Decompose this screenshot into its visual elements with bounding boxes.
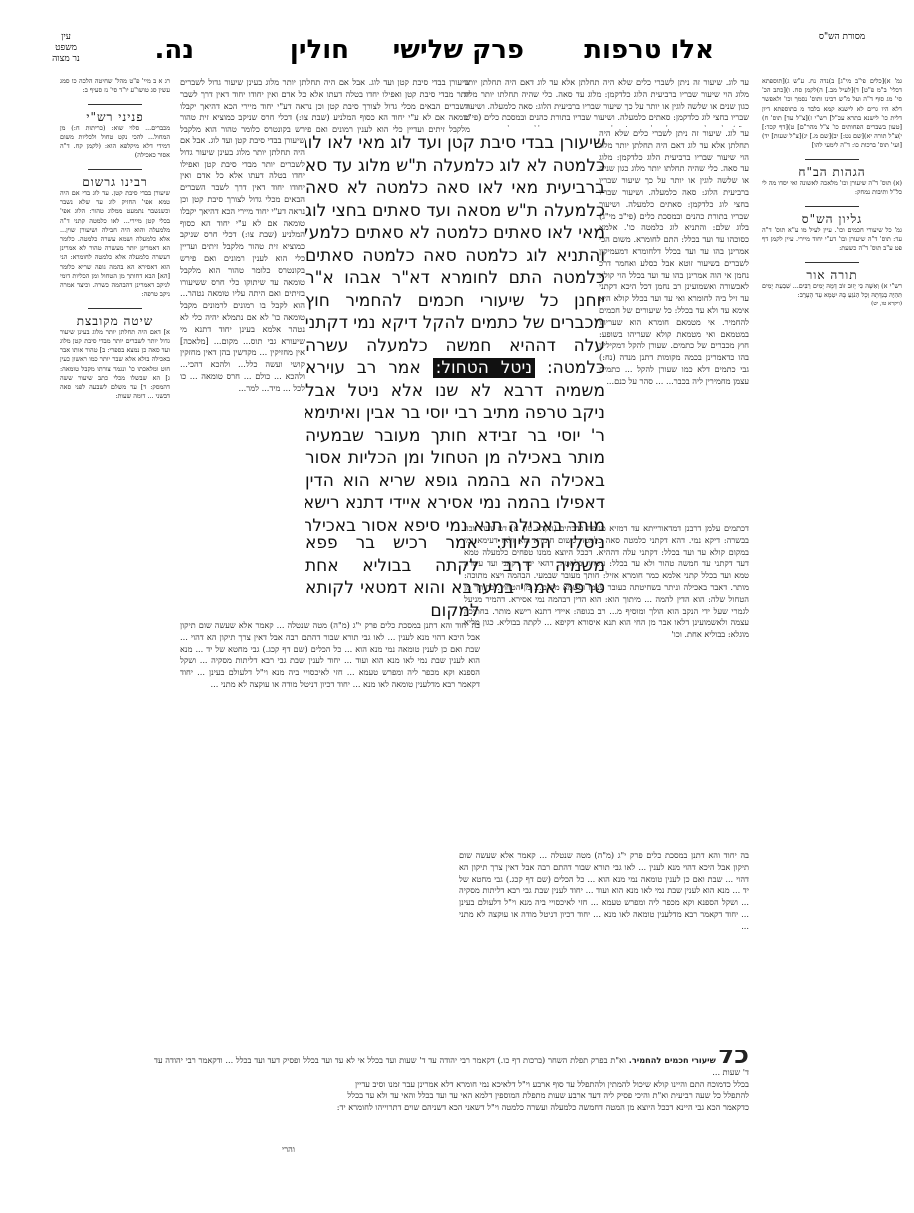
gemara-line-mishnah: כלמטה: ניטל הטחול: אמר רב עוירא — [305, 357, 605, 380]
shita-mekubetzet-text: א] דאם היה תחלתן יותר מלוג בעינן שיעור ג… — [60, 328, 170, 402]
rashi-text-top: עד לוג. שיעור זה ניתן לשברי כלים שלא היה… — [464, 77, 749, 127]
tosafot-column: שיעורן בבדי סיבת קטן ועד לוג. אבל אם היה… — [180, 135, 305, 565]
folio-number: נה. — [154, 32, 194, 68]
gemara-line: דאפילו בהמה נמי אסירא איידי דתנא רישא — [305, 492, 605, 515]
gemara-line: ברביעית מאי לאו סאה כלמטה לא סאה — [305, 177, 605, 200]
chapter-name: אלו טרפות — [584, 32, 714, 68]
gemara-line: מכברים של כתמים להקל דיקא נמי דקתני — [305, 312, 605, 335]
ein-mishpat-label: עין משפט נר מצוה — [50, 32, 82, 68]
gemara-text: שיעורן בבדי סיבת קטן ועד לוג מאי לאו לוג… — [305, 132, 605, 532]
catchword: והרי — [255, 1144, 295, 1156]
chapter-number: פרק שלישי — [393, 32, 524, 68]
rashi-lower-text: דכתמים עלמן דרבנן דמדאורייתא עד דמזיא מג… — [464, 523, 749, 641]
gemara-line: ר' יוסי בר זבידא חותך מעובר שבמעיה — [305, 425, 605, 448]
masoret-hashas-label: מסורת הש"ס — [812, 32, 872, 68]
hagahot-habach-title: הגהות הב"ח — [762, 168, 902, 177]
pninei-rashi-text: מכברים... סלוי שוא: (כריתות ח:) מן המחול… — [60, 124, 170, 161]
ornament-divider — [60, 99, 170, 108]
tosafot-top: שיעורן בבדי סיבת קטן ועד לוג. אבל אם היה… — [180, 77, 470, 135]
ornament-divider — [762, 257, 902, 266]
tosafot-bottom-line: כדקאמר הכא גבי היינא דככל היוצא מן המטה … — [154, 1102, 749, 1114]
tosafot-text-top: שיעורן בבדי סיבת קטן ועד לוג. אבל אם היה… — [180, 77, 470, 135]
mishnah-marker: ניטל הטחול: — [433, 358, 535, 378]
gemara-line: ניקב טרפה מתיב רבי יוסי בר אבין ואיתימא — [305, 402, 605, 425]
gemara-line: כלמטה לא לוג כלמעלה ת"ש מלוג עד סאה — [305, 155, 605, 178]
tosafot-bottom-line: בכלל כדמוכח התם והיינו קולא שיכול להמתין… — [154, 1079, 749, 1091]
left-margin: רג א ב מיי' פ"ט מהל' שחיטה הלכה כו סמג ע… — [60, 77, 170, 997]
tosafot-continuation-text: בה יחוד והא דתנן במסכת כלים פרק י"ג (מ"ה… — [459, 850, 749, 933]
gemara-line: כלמעלה ת"ש מסאה ועד סאתים בחצי לוג — [305, 200, 605, 223]
torah-or-reference: (ויקרא טו, יט) — [762, 300, 902, 309]
gemara-line: יוחנן כל שיעורי חכמים להחמיר חוץ — [305, 290, 605, 313]
ornament-divider — [60, 165, 170, 174]
shita-mekubetzet-title: שיטה מקובצת — [60, 317, 170, 326]
gemara-line: מותר באכילה מן הטחול ומן הכליות אסור — [305, 447, 605, 470]
gemara-word: כלמטה: — [547, 358, 605, 378]
rashi-column: עד לוג. שיעור זה ניתן לשברי כלים שלא היה… — [599, 128, 749, 523]
tractate-name: חולין — [290, 32, 349, 68]
hagahot-habach-text: (א) תוס' ד"ה שיעורן וכו' מלאכה לאשונה וא… — [762, 179, 902, 197]
gemara-line: באכילה הא בהמה גופא שריא הוא הדין — [305, 470, 605, 493]
ornament-divider — [762, 201, 902, 210]
ein-mishpat-notes: רג א ב מיי' פ"ט מהל' שחיטה הלכה כו סמג ע… — [60, 77, 170, 95]
pninei-rashi-title: פניני רש"י — [60, 113, 170, 122]
gilyon-hashas-text: גמ' כל שיעורי חכמים וכו'. עיין לעיל מו ע… — [762, 226, 902, 254]
torah-or-text: רש"י א) וְאִשָּׁה כִּי יָזוּב זוֹב דָּמָ… — [762, 282, 902, 300]
gemara-word: אמר רב עוירא — [305, 358, 421, 378]
gemara-line: עלה דההיא חמשה כלמעלה עשרה — [305, 335, 605, 358]
tosafot-bottom-para: כל שיעורי חכמים להחמיר. וא"ת בפרק תפלת ה… — [154, 1050, 749, 1079]
rabbenu-gershom-title: רבינו גרשום — [60, 178, 170, 187]
gemara-line: כלמטה התם לחומרא דא"ר אבהו א"ר — [305, 267, 605, 290]
tosafot-bottom-line: להתפלל כל שעה רביעית וא"ת והיכי פסיק ליה… — [154, 1090, 749, 1102]
rashi-top: עד לוג. שיעור זה ניתן לשברי כלים שלא היה… — [464, 77, 749, 127]
tosafot-continuation: בה יחוד והא דתנן במסכת כלים פרק י"ג (מ"ה… — [459, 850, 749, 1045]
right-margin: גמ' א)[כלים פי"ב מי"ג] ב)נדה נח. ע"ש ג)[… — [762, 77, 902, 727]
torah-or-title: תורה אור — [762, 271, 902, 280]
gilyon-hashas-title: גליון הש"ס — [762, 215, 902, 224]
tosafot-bottom: כל שיעורי חכמים להחמיר. וא"ת בפרק תפלת ה… — [154, 1050, 749, 1150]
ornament-divider — [60, 303, 170, 312]
rashi-lower: דכתמים עלמן דרבנן דמדאורייתא עד דמזיא מג… — [464, 523, 749, 845]
tosafot-text: שיעורן בבדי סיבת קטן ועד לוג. אבל אם היה… — [180, 135, 305, 395]
gemara-line: משמיה דרבא לא שנו אלא ניטל אבל — [305, 380, 605, 403]
tosafot-lower: בה יחוד והא דתנן במסכת כלים פרק י"ג (מ"ה… — [180, 620, 480, 1045]
rabbenu-gershom-text: שיעורן בבדי סיבת קטן. עד לוג בדי אם היה … — [60, 189, 170, 299]
ornament-divider — [762, 155, 902, 164]
masoret-hashas-notes: גמ' א)[כלים פי"ב מי"ג] ב)נדה נח. ע"ש ג)[… — [762, 77, 902, 151]
tosafot-heading: שיעורי חכמים להחמיר. — [629, 1055, 716, 1065]
gemara-line: והתניא לוג כלמטה סאה כלמטה סאתים — [305, 245, 605, 268]
gemara-line: שיעורן בבדי סיבת קטן ועד לוג מאי לאו לוג — [305, 132, 605, 155]
rashi-text: עד לוג. שיעור זה ניתן לשברי כלים שלא היה… — [599, 128, 749, 388]
tosafot-lower-text: בה יחוד והא דתנן במסכת כלים פרק י"ג (מ"ה… — [180, 620, 480, 691]
gemara-line: מאי לאו סאתים כלמטה לא סאתים כלמעלה — [305, 222, 605, 245]
